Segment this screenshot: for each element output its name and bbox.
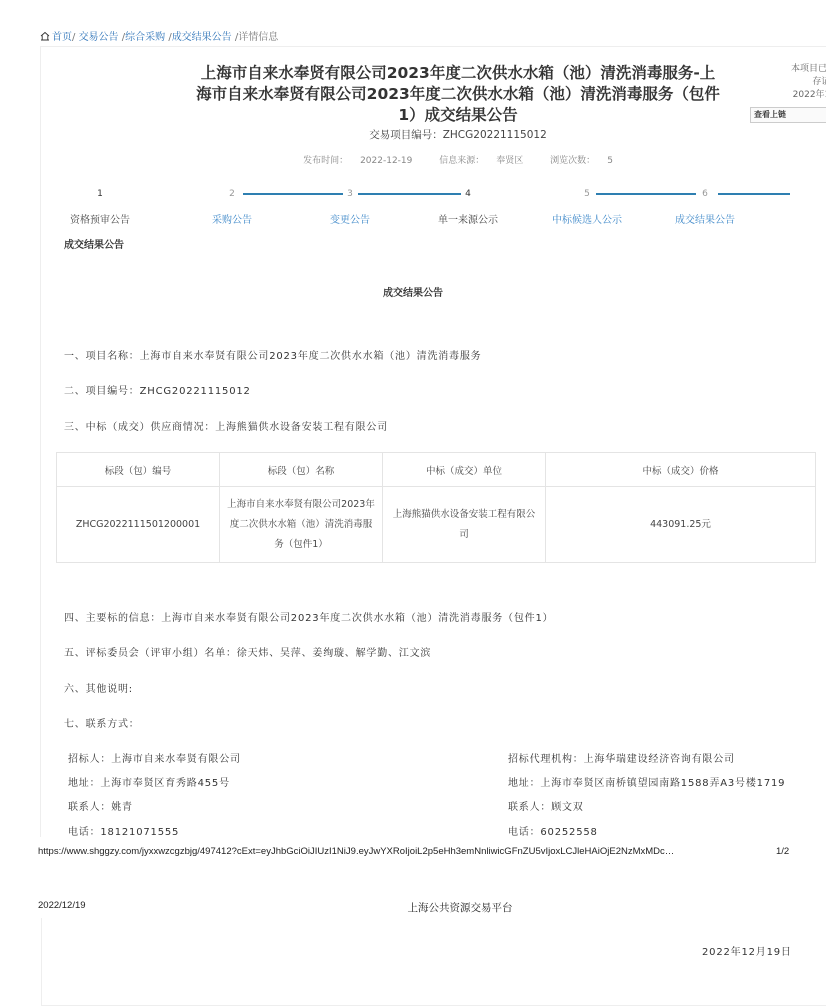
tenderer-phone: 电话：18121071555 [68, 823, 179, 838]
col-lot-name: 标段（包）名称 [220, 453, 383, 487]
table-row: ZHCG2022111501200001 上海市自来水奉贤有限公司2023年度二… [57, 487, 816, 563]
blockchain-note: 本项目已上 存证E 2022年12 [736, 63, 826, 102]
print-url: https://www.shggzy.com/jyxxwzcgzbjg/4974… [38, 846, 674, 857]
step-4: 4 单一来源公示 [408, 188, 528, 200]
print-site-title: 上海公共资源交易平台 [0, 900, 826, 915]
agency-address: 地址：上海市奉贤区南桥镇望园南路1588弄A3号楼1719 [508, 774, 785, 789]
step-label: 资格预审公告 [40, 211, 160, 226]
signature-date: 2022年12月19日 [702, 943, 792, 958]
step-link-result-notice[interactable]: 成交结果公告 [645, 211, 765, 226]
step-link-procurement-notice[interactable]: 采购公告 [172, 211, 292, 226]
view-blockchain-button[interactable]: 查看上链 [750, 107, 826, 123]
breadcrumb-trading-notices[interactable]: 交易公告 [79, 32, 119, 43]
col-lot-number: 标段（包）编号 [57, 453, 220, 487]
blockchain-note-line: 2022年12 [736, 89, 826, 102]
content-frame-left [40, 47, 41, 837]
table-header-row: 标段（包）编号 标段（包）名称 中标（成交）单位 中标（成交）价格 [57, 453, 816, 487]
page-title: 上海市自来水奉贤有限公司2023年度二次供水水箱（池）清洗消毒服务-上海市自来水… [196, 63, 720, 126]
content-frame-left [41, 918, 42, 1006]
winning-price: 443091.25元 [546, 487, 816, 563]
main-subject-info: 四、主要标的信息：上海市自来水奉贤有限公司2023年度二次供水水箱（池）清洗消毒… [64, 609, 553, 624]
section-label: 成交结果公告 [64, 236, 124, 251]
agency-contact: 联系人：顾文双 [508, 798, 584, 813]
agency-phone: 电话：60252558 [508, 823, 598, 838]
lot-number: ZHCG2022111501200001 [57, 487, 220, 563]
evaluation-committee: 五、评标委员会（评审小组）名单：徐天炜、吴萍、姜绚璇、解学勤、江文滨 [64, 644, 431, 659]
breadcrumb-result-notices[interactable]: 成交结果公告 [172, 32, 232, 43]
winning-unit: 上海熊猫供水设备安装工程有限公司 [383, 487, 546, 563]
agency: 招标代理机构：上海华瑞建设经济咨询有限公司 [508, 750, 735, 765]
content-heading: 成交结果公告 [0, 284, 826, 299]
col-winning-price: 中标（成交）价格 [546, 453, 816, 487]
publish-date: 发布时间：2022-12-19 [297, 156, 418, 166]
project-name: 一、项目名称：上海市自来水奉贤有限公司2023年度二次供水水箱（池）清洗消毒服务 [64, 347, 481, 362]
breadcrumb-home[interactable]: 首页 [52, 32, 72, 43]
breadcrumb: 首页/ 交易公告 /综合采购 /成交结果公告 /详情信息 [40, 28, 278, 43]
print-page-number: 1/2 [776, 846, 789, 857]
breadcrumb-current: 详情信息 [238, 32, 278, 43]
result-table: 标段（包）编号 标段（包）名称 中标（成交）单位 中标（成交）价格 ZHCG20… [56, 452, 816, 563]
breadcrumb-separator: / [72, 32, 75, 43]
step-label: 单一来源公示 [408, 211, 528, 226]
step-3[interactable]: 3 变更公告 [290, 188, 410, 200]
other-notes: 六、其他说明: [64, 680, 133, 695]
project-number: 二、项目编号：ZHCG20221115012 [64, 382, 251, 397]
info-source: 信息来源：奉贤区 [433, 156, 529, 166]
blockchain-note-line: 本项目已上 [736, 63, 826, 76]
breadcrumb-general-procurement[interactable]: 综合采购 [125, 32, 165, 43]
lot-name: 上海市自来水奉贤有限公司2023年度二次供水水箱（池）清洗消毒服务（包件1） [220, 487, 383, 563]
col-winning-unit: 中标（成交）单位 [383, 453, 546, 487]
step-2[interactable]: 2 采购公告 [172, 188, 292, 200]
content-frame-bottom [41, 1005, 826, 1006]
tenderer-contact: 联系人：姚青 [68, 798, 133, 813]
winning-supplier: 三、中标（成交）供应商情况：上海熊猫供水设备安装工程有限公司 [64, 418, 388, 433]
home-icon[interactable] [40, 31, 50, 41]
project-code-value: ZHCG20221115012 [443, 129, 547, 141]
blockchain-note-line: 存证E [736, 76, 826, 89]
project-code-label: 交易项目编号： [369, 129, 443, 141]
step-5[interactable]: 5 中标候选人公示 [527, 188, 647, 200]
content-frame-top [40, 46, 826, 47]
step-6[interactable]: 6 成交结果公告 [645, 188, 765, 200]
tenderer-address: 地址：上海市奉贤区育秀路455号 [68, 774, 230, 789]
publish-meta: 发布时间：2022-12-19 信息来源：奉贤区 浏览次数：5 [196, 153, 720, 166]
step-1: 1 资格预审公告 [40, 188, 160, 200]
step-link-candidate-notice[interactable]: 中标候选人公示 [527, 211, 647, 226]
step-link-change-notice[interactable]: 变更公告 [290, 211, 410, 226]
project-code: 交易项目编号：ZHCG20221115012 [196, 127, 720, 142]
contact-heading: 七、联系方式： [64, 715, 140, 730]
view-count: 浏览次数：5 [544, 156, 619, 166]
tenderer: 招标人：上海市自来水奉贤有限公司 [68, 750, 241, 765]
